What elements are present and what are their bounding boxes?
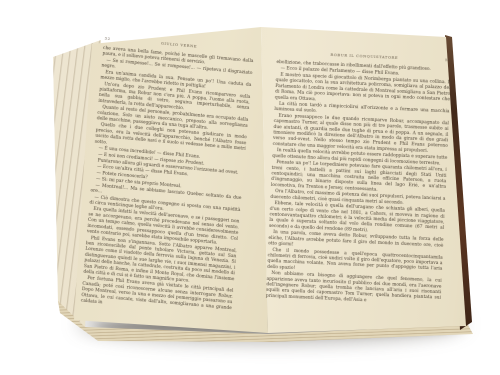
book-photo: 52 GIULIO VERNE che aveva una bella fame… (0, 0, 500, 375)
right-page-text: ROBUR IL CONQUISTATORE 53 ebollizione, c… (266, 50, 452, 307)
right-page-number: 53 (445, 58, 451, 63)
left-page-text: 52 GIULIO VERNE che aveva una bella fame… (81, 36, 255, 317)
